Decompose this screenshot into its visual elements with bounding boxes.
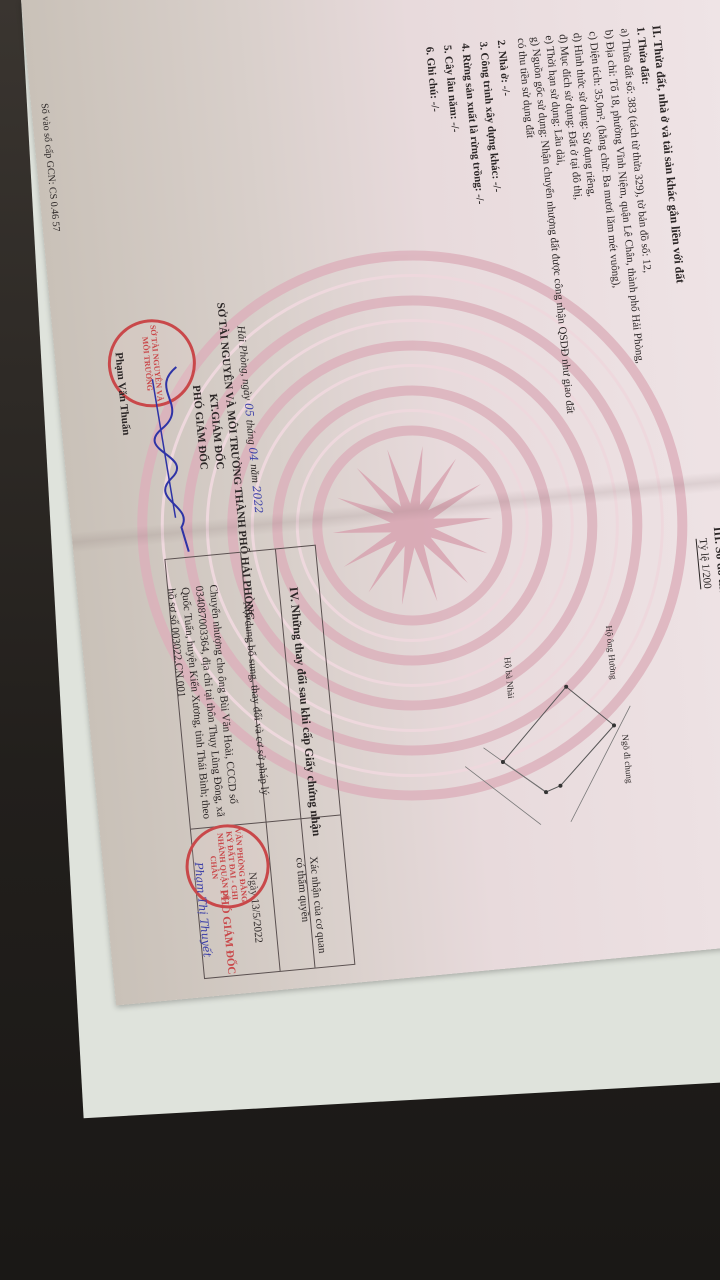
parcel-plot-diagram <box>443 614 661 832</box>
item-notes: 6. Ghi chú: -/- <box>421 46 441 112</box>
issue-year: 2022 <box>250 485 266 514</box>
month-label: tháng <box>243 419 257 445</box>
issue-month: 04 <box>246 447 260 462</box>
issue-day: 05 <box>242 402 256 417</box>
certificate-serial: Số vào sổ cấp GCN: CS 0.46 57 <box>37 103 62 233</box>
year-label: năm <box>248 464 262 484</box>
item-house: 2. Nhà ở: -/- <box>493 39 512 96</box>
backing-board: II. Thửa đất, nhà ở và tài sản khác gắn … <box>20 0 720 1118</box>
certificate-paper: II. Thửa đất, nhà ở và tài sản khác gắn … <box>21 0 720 1005</box>
